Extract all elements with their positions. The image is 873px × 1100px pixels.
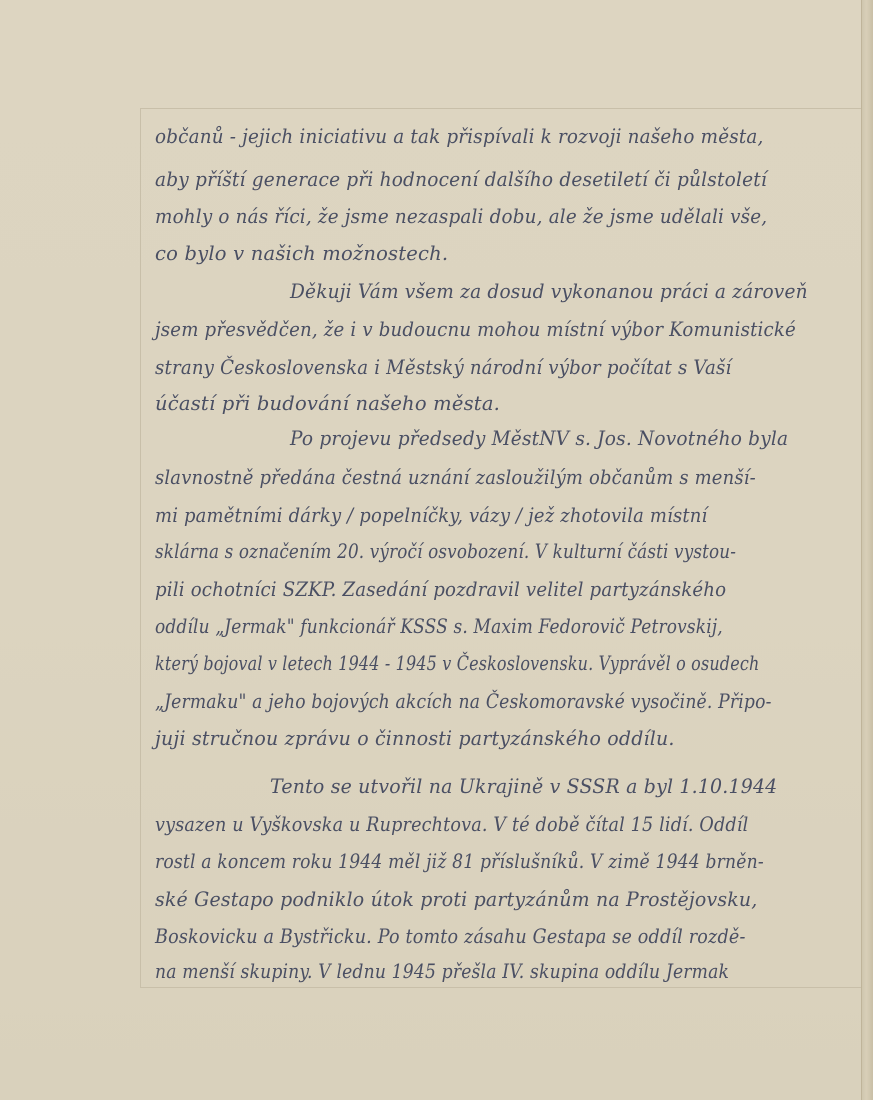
- text-line: občanů - jejich iniciativu a tak přispív…: [155, 125, 764, 148]
- text-line: Děkuji Vám všem za dosud vykonanou práci…: [290, 280, 808, 303]
- text-line: Tento se utvořil na Ukrajině v SSSR a by…: [270, 775, 777, 798]
- text-line: oddílu „Jermak" funkcionář KSSS s. Maxim…: [155, 615, 723, 638]
- text-line: účastí při budování našeho města.: [155, 392, 500, 415]
- text-line: pili ochotníci SZKP. Zasedání pozdravil …: [155, 578, 726, 601]
- text-line: „Jermaku" a jeho bojových akcích na Česk…: [155, 690, 772, 713]
- chronicle-page: občanů - jejich iniciativu a tak přispív…: [0, 0, 862, 1100]
- text-line: mi pamětními dárky / popelníčky, vázy / …: [155, 504, 707, 527]
- text-line: mohly o nás říci, že jsme nezaspali dobu…: [155, 205, 767, 228]
- text-line: Po projevu předsedy MěstNV s. Jos. Novot…: [290, 427, 788, 450]
- text-line: sklárna s označením 20. výročí osvobozen…: [155, 540, 736, 563]
- adjacent-page-edge: [861, 0, 873, 1100]
- text-line: vysazen u Vyškovska u Ruprechtova. V té …: [155, 813, 748, 836]
- text-line: slavnostně předána čestná uznání zaslouž…: [155, 466, 756, 489]
- text-line: juji stručnou zprávu o činnosti partyzán…: [155, 727, 675, 750]
- text-line: Boskovicku a Bystřicku. Po tomto zásahu …: [155, 925, 746, 948]
- text-line: na menší skupiny. V lednu 1945 přešla IV…: [155, 960, 729, 983]
- text-line: aby příští generace při hodnocení dalšíh…: [155, 168, 767, 191]
- text-line: rostl a koncem roku 1944 měl již 81 přís…: [155, 850, 764, 873]
- text-line: ské Gestapo podniklo útok proti partyzán…: [155, 888, 758, 911]
- text-line: který bojoval v letech 1944 - 1945 v Čes…: [155, 652, 759, 675]
- text-line: strany Československa i Městský národní …: [155, 356, 732, 379]
- text-line: jsem přesvědčen, že i v budoucnu mohou m…: [155, 318, 796, 341]
- text-line: co bylo v našich možnostech.: [155, 242, 448, 265]
